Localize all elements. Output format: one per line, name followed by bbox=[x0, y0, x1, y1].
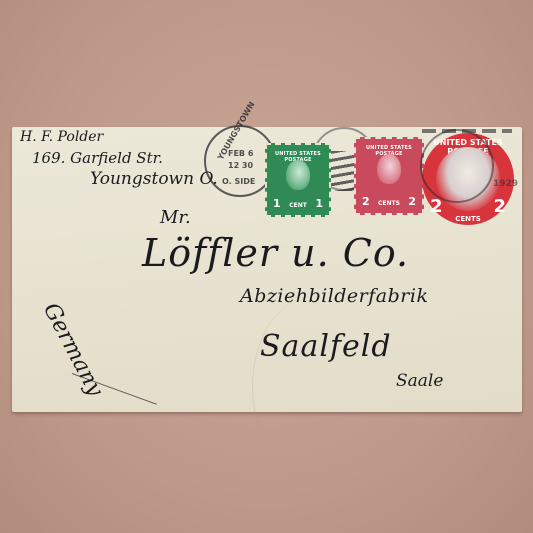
sender-city: Youngstown O. bbox=[90, 169, 218, 189]
envelope-crease bbox=[252, 297, 373, 477]
postmark-station: O. SIDE bbox=[222, 177, 255, 186]
postmark-year: 1929 bbox=[493, 179, 518, 189]
recipient-country: Germany bbox=[38, 299, 108, 401]
postmark-boston: 1929 bbox=[420, 129, 494, 203]
stamp-1-cent: UNITED STATES POSTAGE 1 CENT 1 bbox=[265, 143, 331, 217]
stamp-value: 2 bbox=[408, 195, 416, 208]
envelope: H. F. Polder 169. Garfield Str. Youngsto… bbox=[12, 127, 522, 412]
portrait-icon bbox=[377, 154, 401, 184]
postmark-date: FEB 6 bbox=[228, 149, 253, 158]
recipient-firm: Abziehbilderfabrik bbox=[240, 285, 428, 307]
sender-name: H. F. Polder bbox=[20, 129, 103, 145]
sender-street: 169. Garfield Str. bbox=[32, 149, 163, 167]
indicia-value: 2 bbox=[493, 196, 506, 217]
stamp-value: 1 bbox=[315, 197, 323, 210]
recipient-name: Löffler u. Co. bbox=[142, 231, 409, 275]
portrait-icon bbox=[286, 160, 310, 190]
postmark-time: 12 30 bbox=[228, 161, 253, 170]
recipient-city: Saalfeld bbox=[260, 329, 392, 364]
recipient-region: Saale bbox=[396, 371, 443, 391]
recipient-salutation: Mr. bbox=[160, 207, 191, 228]
stamp-2-cents: UNITED STATES POSTAGE 2 CENTS 2 bbox=[354, 137, 424, 215]
